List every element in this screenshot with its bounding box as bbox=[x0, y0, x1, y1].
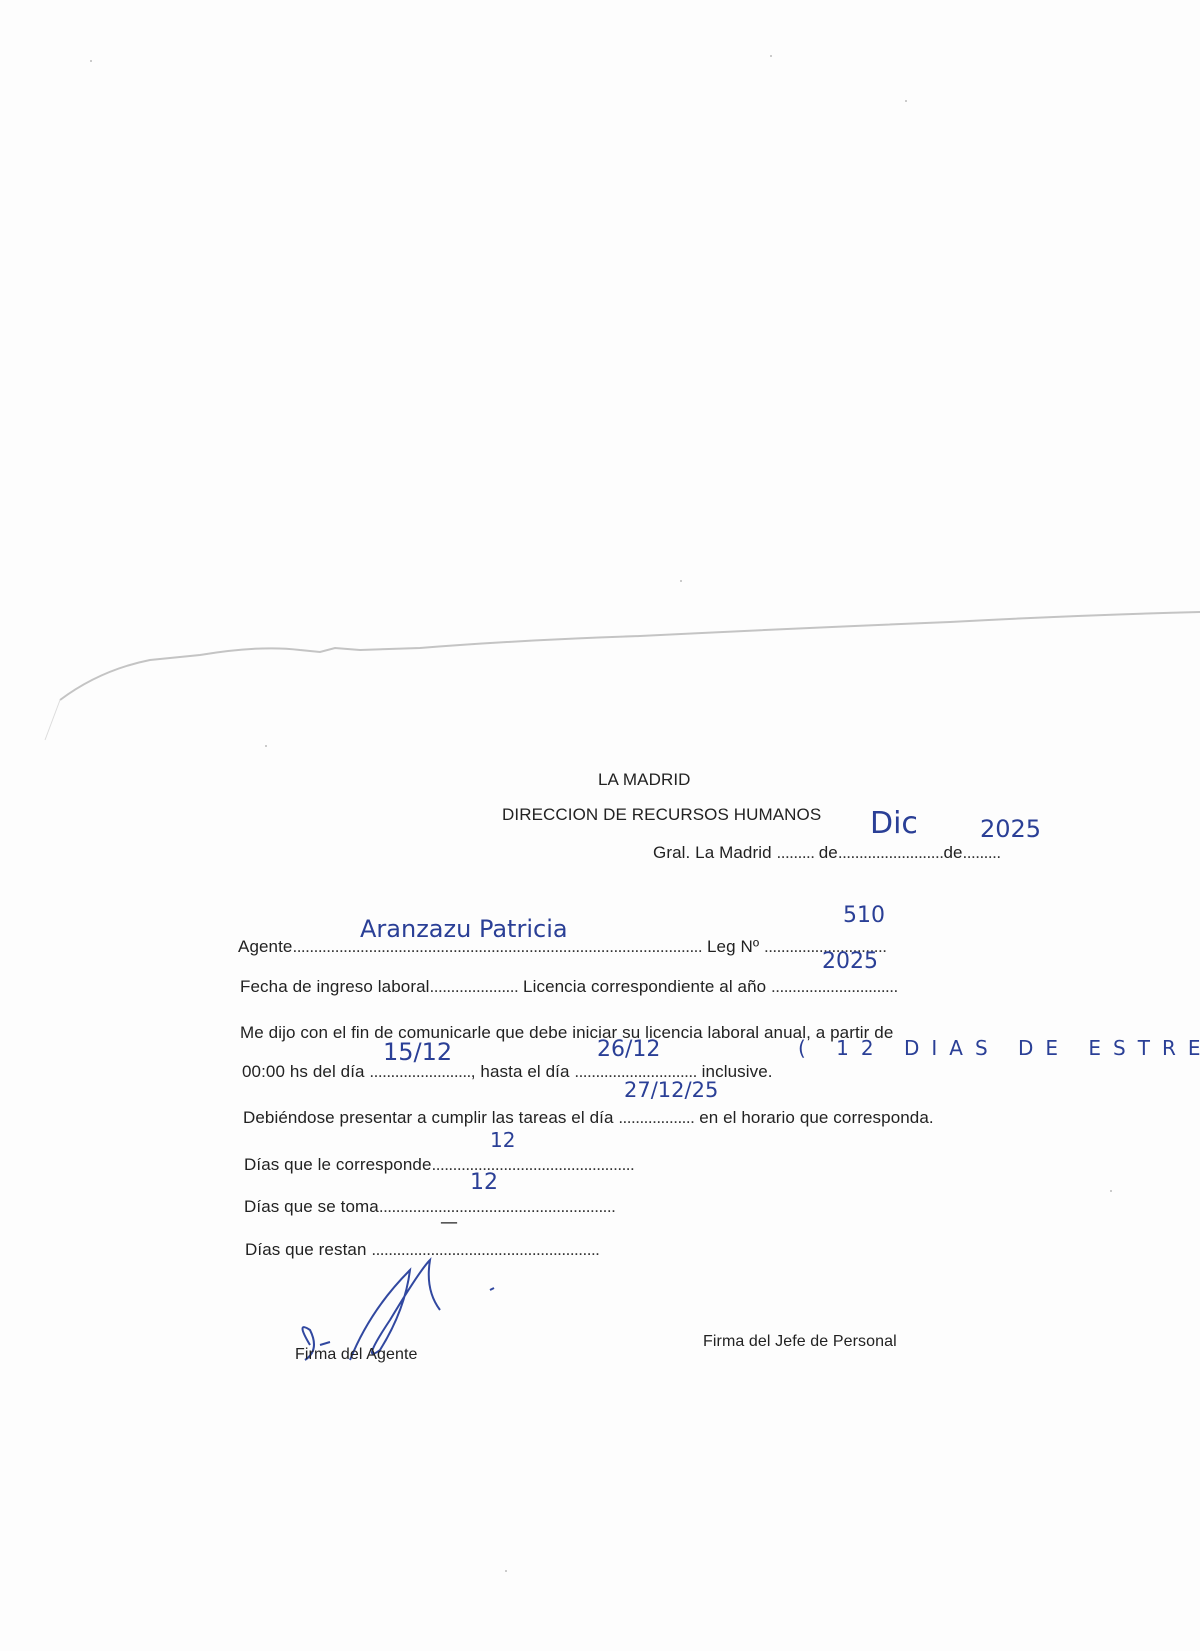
sentence-line1: Me dijo con el fin de comunicarle que de… bbox=[240, 1023, 893, 1043]
leg-value[interactable]: 510 bbox=[843, 903, 885, 928]
presentar-label: Debiéndose presentar a cumplir las tarea… bbox=[243, 1108, 614, 1127]
scan-speck bbox=[265, 745, 267, 747]
licencia-label: Licencia correspondiente al año bbox=[523, 977, 766, 996]
de-label-2: de bbox=[943, 843, 962, 862]
licencia-value[interactable]: 2025 bbox=[822, 949, 878, 974]
de-label-1: de bbox=[819, 843, 838, 862]
scan-speck bbox=[505, 1570, 507, 1572]
department-title: DIRECCION DE RECURSOS HUMANOS bbox=[502, 805, 821, 825]
date-month-handwritten[interactable]: Dic bbox=[870, 806, 918, 841]
dias-corresponde-label: Días que le corresponde bbox=[244, 1155, 432, 1174]
presentar-value[interactable]: 27/12/25 bbox=[624, 1078, 718, 1102]
desde-value[interactable]: 15/12 bbox=[383, 1038, 452, 1066]
scan-speck bbox=[680, 580, 682, 582]
date-line: Gral. La Madrid ......... de............… bbox=[653, 843, 1001, 863]
agente-label: Agente bbox=[238, 937, 292, 956]
dias-corresponde-value[interactable]: 12 bbox=[490, 1128, 515, 1152]
scan-speck bbox=[770, 55, 772, 57]
handwritten-note: ( 12 DIAS DE ESTRES ) bbox=[798, 1036, 1200, 1060]
org-title: LA MADRID bbox=[598, 770, 691, 790]
agente-value[interactable]: Aranzazu Patricia bbox=[360, 915, 568, 943]
dias-toma-line: Días que se toma........................… bbox=[244, 1197, 615, 1217]
hasta-label: , hasta el día bbox=[471, 1062, 570, 1081]
hasta-value[interactable]: 26/12 bbox=[597, 1037, 660, 1062]
jefe-signature-label: Firma del Jefe de Personal bbox=[703, 1333, 897, 1351]
scan-speck bbox=[905, 100, 907, 102]
dias-toma-value[interactable]: 12 bbox=[470, 1170, 498, 1195]
presentar-suffix: en el horario que corresponda. bbox=[699, 1108, 934, 1127]
presentar-line: Debiéndose presentar a cumplir las tarea… bbox=[243, 1108, 934, 1128]
ingreso-line: Fecha de ingreso laboral................… bbox=[240, 977, 898, 997]
agent-signature-label: Firma del Agente bbox=[295, 1346, 418, 1364]
scan-speck bbox=[90, 60, 92, 62]
dias-restan-value[interactable]: — bbox=[440, 1212, 458, 1233]
date-year-handwritten[interactable]: 2025 bbox=[980, 815, 1041, 843]
place-label: Gral. La Madrid bbox=[653, 843, 772, 862]
desde-prefix: 00:00 hs del día bbox=[242, 1062, 365, 1081]
dias-toma-label: Días que se toma bbox=[244, 1197, 379, 1216]
leg-label: Leg Nº bbox=[707, 937, 759, 956]
scan-speck bbox=[1110, 1190, 1112, 1192]
fecha-ingreso-label: Fecha de ingreso laboral bbox=[240, 977, 430, 996]
dias-corresponde-line: Días que le corresponde.................… bbox=[244, 1155, 634, 1175]
